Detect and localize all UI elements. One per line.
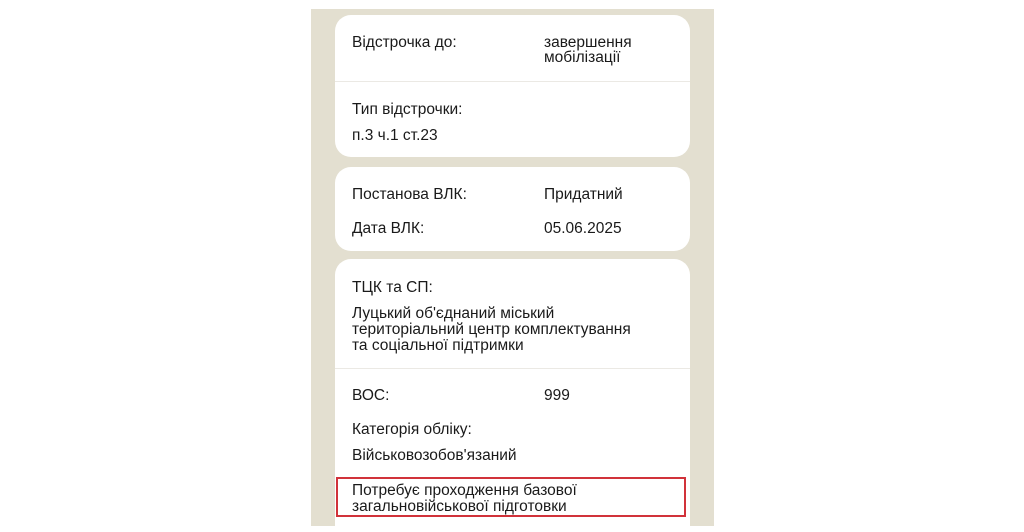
vlk-date-value: 05.06.2025 xyxy=(544,220,622,237)
deferment-type-value: п.3 ч.1 ст.23 xyxy=(352,127,438,144)
vlk-card: Постанова ВЛК: Придатний Дата ВЛК: 05.06… xyxy=(335,167,690,251)
vos-label: ВОС: xyxy=(352,387,389,404)
deferment-type-label: Тип відстрочки: xyxy=(352,101,462,118)
category-label: Категорія обліку: xyxy=(352,421,472,438)
reserve-details-panel: Відстрочка до: завершення мобілізації Ти… xyxy=(311,9,714,526)
deferment-card: Відстрочка до: завершення мобілізації Ти… xyxy=(335,15,690,157)
notice-line2: загальновійськової підготовки xyxy=(352,498,567,515)
category-value: Військовозобов'язаний xyxy=(352,447,517,464)
divider xyxy=(335,81,690,82)
tck-label: ТЦК та СП: xyxy=(352,279,433,296)
vlk-date-label: Дата ВЛК: xyxy=(352,220,424,237)
vlk-decision-label: Постанова ВЛК: xyxy=(352,186,467,203)
vos-value: 999 xyxy=(544,387,570,404)
registration-card: ТЦК та СП: Луцький об'єднаний міський те… xyxy=(335,259,690,532)
tck-value-line1: Луцький об'єднаний міський xyxy=(352,305,554,322)
tck-value-line2: територіальний центр комплектування xyxy=(352,321,631,338)
training-required-notice: Потребує проходження базової загальновій… xyxy=(336,477,686,517)
tck-value-line3: та соціальної підтримки xyxy=(352,337,524,354)
vlk-decision-value: Придатний xyxy=(544,186,623,203)
deferment-until-label: Відстрочка до: xyxy=(352,34,457,51)
notice-line1: Потребує проходження базової xyxy=(352,482,577,499)
divider xyxy=(335,368,690,369)
deferment-until-value-line2: мобілізації xyxy=(544,49,620,66)
